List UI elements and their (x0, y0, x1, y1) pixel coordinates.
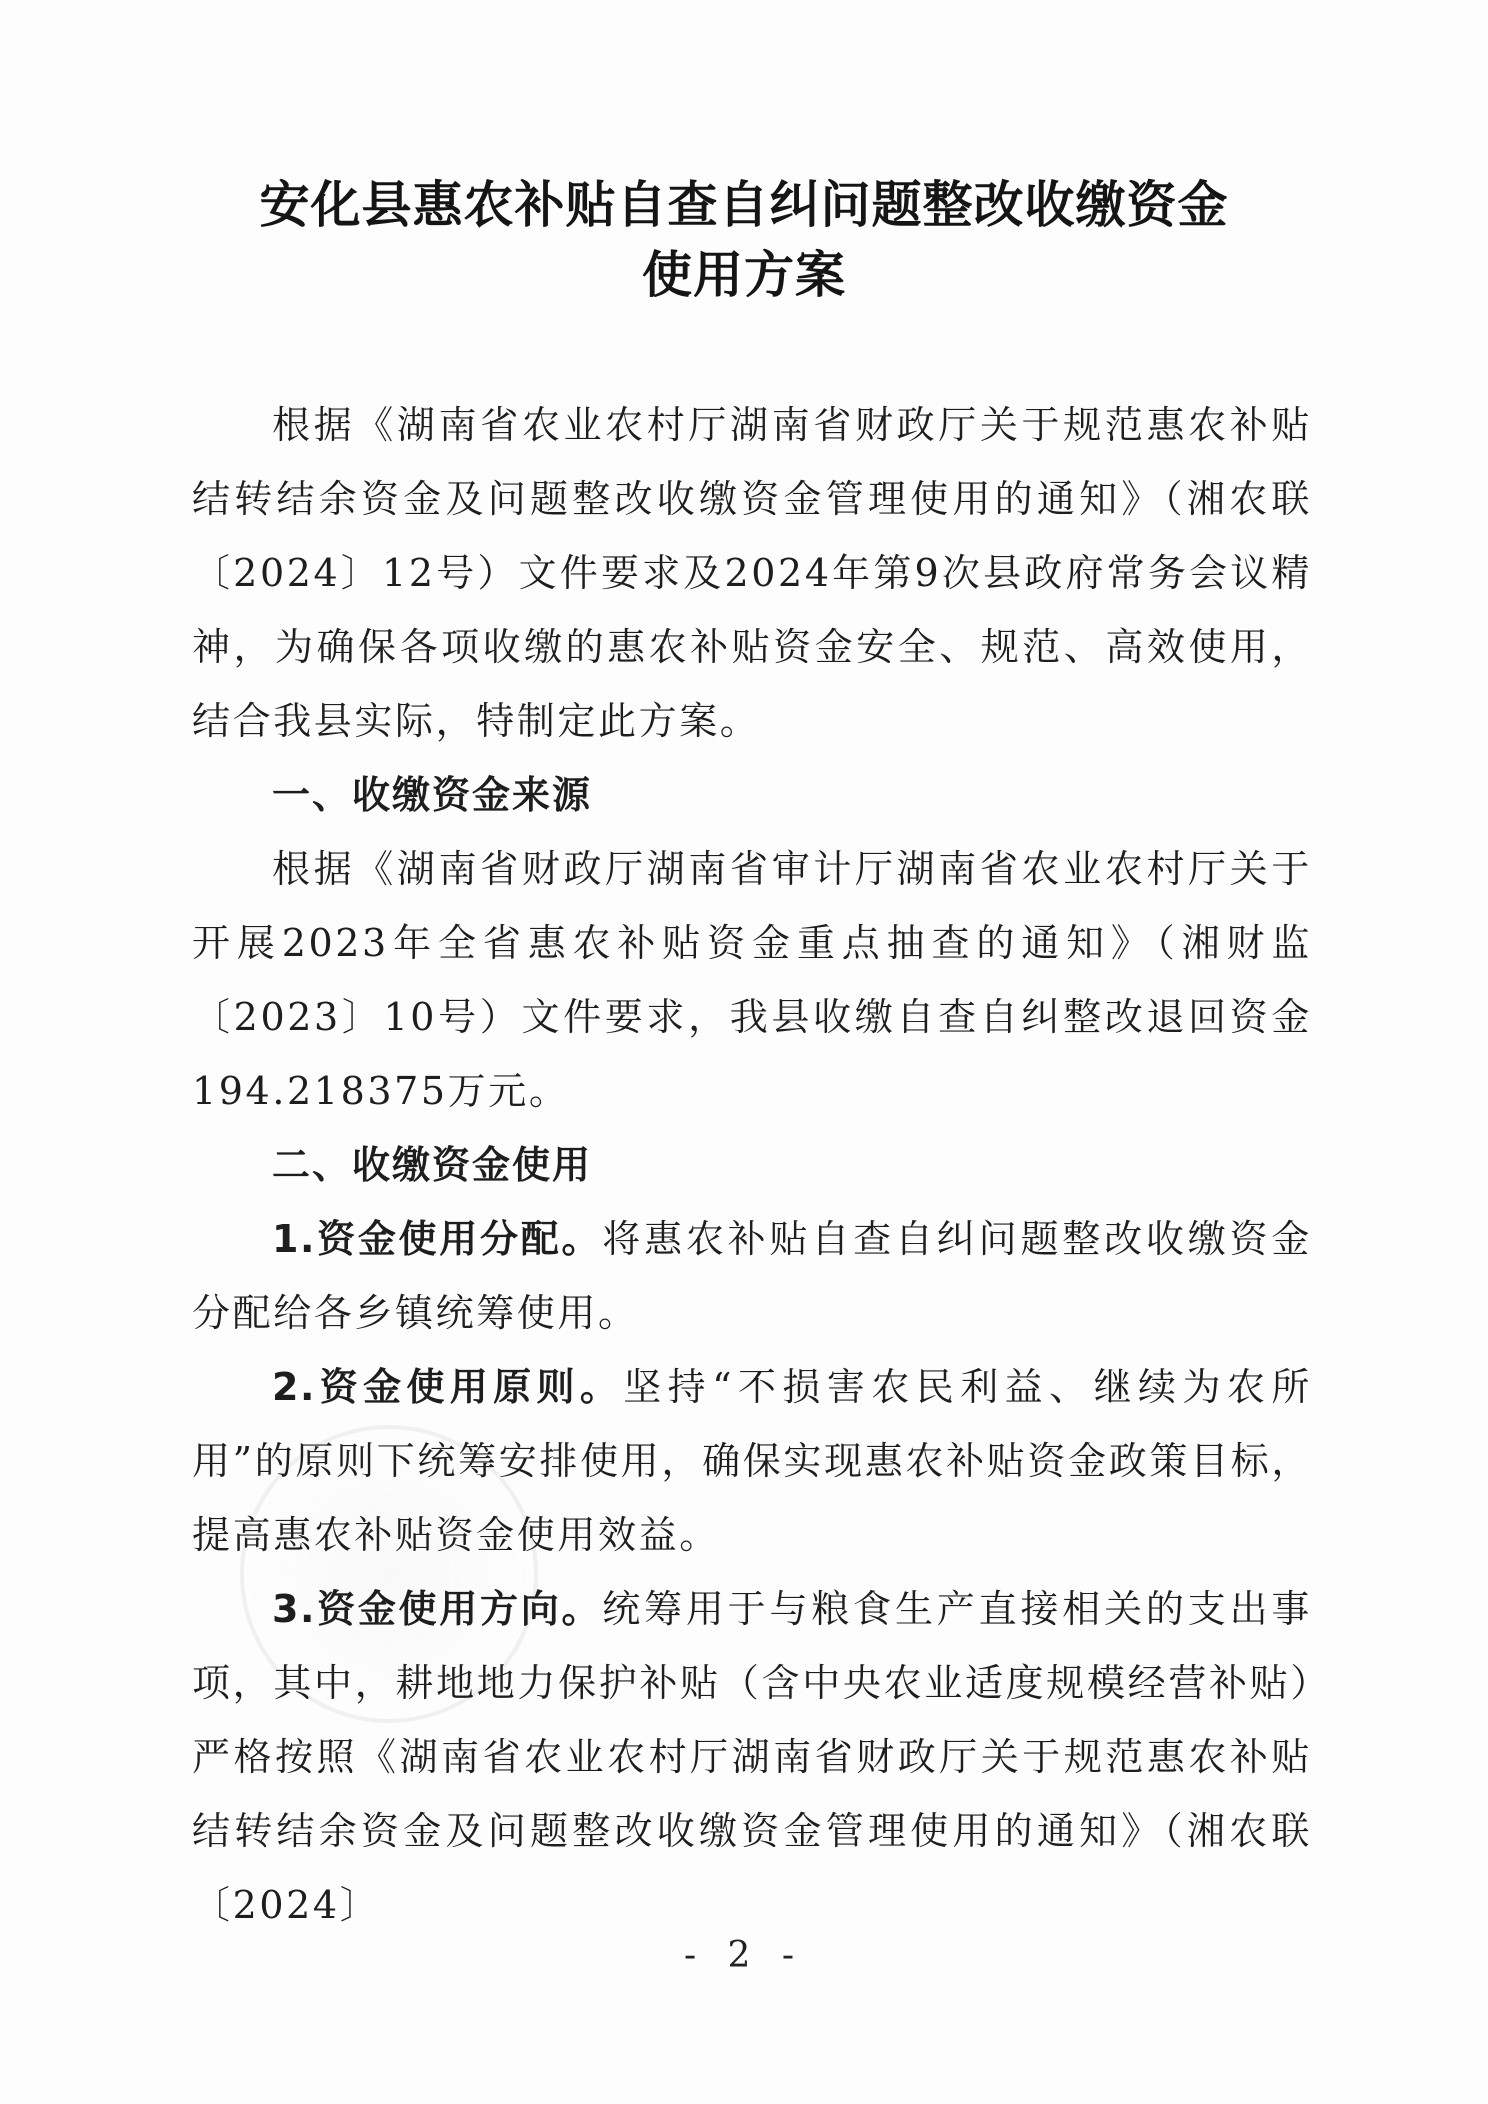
funds-source-paragraph: 根据《湖南省财政厅湖南省审计厅湖南省农业农村厅关于开展2023年全省惠农补贴资金… (192, 832, 1312, 1128)
usage-item-label: 2.资金使用原则。 (272, 1365, 623, 1409)
usage-item-label: 1.资金使用分配。 (272, 1217, 602, 1261)
section-heading-funds-source: 一、收缴资金来源 (192, 758, 1312, 832)
usage-item-direction: 3.资金使用方向。统筹用于与粮食生产直接相关的支出事项，其中，耕地地力保护补贴（… (192, 1572, 1312, 1942)
usage-item-allocation: 1.资金使用分配。将惠农补贴自查自纠问题整改收缴资金分配给各乡镇统筹使用。 (192, 1202, 1312, 1350)
document-body: 根据《湖南省农业农村厅湖南省财政厅关于规范惠农补贴结转结余资金及问题整改收缴资金… (192, 388, 1312, 1942)
section-heading-funds-usage: 二、收缴资金使用 (192, 1128, 1312, 1202)
usage-item-principle: 2.资金使用原则。坚持“不损害农民利益、继续为农所用”的原则下统筹安排使用，确保… (192, 1350, 1312, 1572)
page-number: - 2 - (0, 1935, 1488, 1976)
usage-item-label: 3.资金使用方向。 (272, 1587, 602, 1631)
document-title-line-1: 安化县惠农补贴自查自纠问题整改收缴资金 (0, 170, 1488, 240)
usage-item-text: 统筹用于与粮食生产直接相关的支出事项，其中，耕地地力保护补贴（含中央农业适度规模… (192, 1587, 1312, 1927)
document-title-line-2: 使用方案 (0, 240, 1488, 310)
intro-paragraph: 根据《湖南省农业农村厅湖南省财政厅关于规范惠农补贴结转结余资金及问题整改收缴资金… (192, 388, 1312, 758)
document-page: 安化县惠农补贴自查自纠问题整改收缴资金 使用方案 根据《湖南省农业农村厅湖南省财… (0, 0, 1488, 2104)
